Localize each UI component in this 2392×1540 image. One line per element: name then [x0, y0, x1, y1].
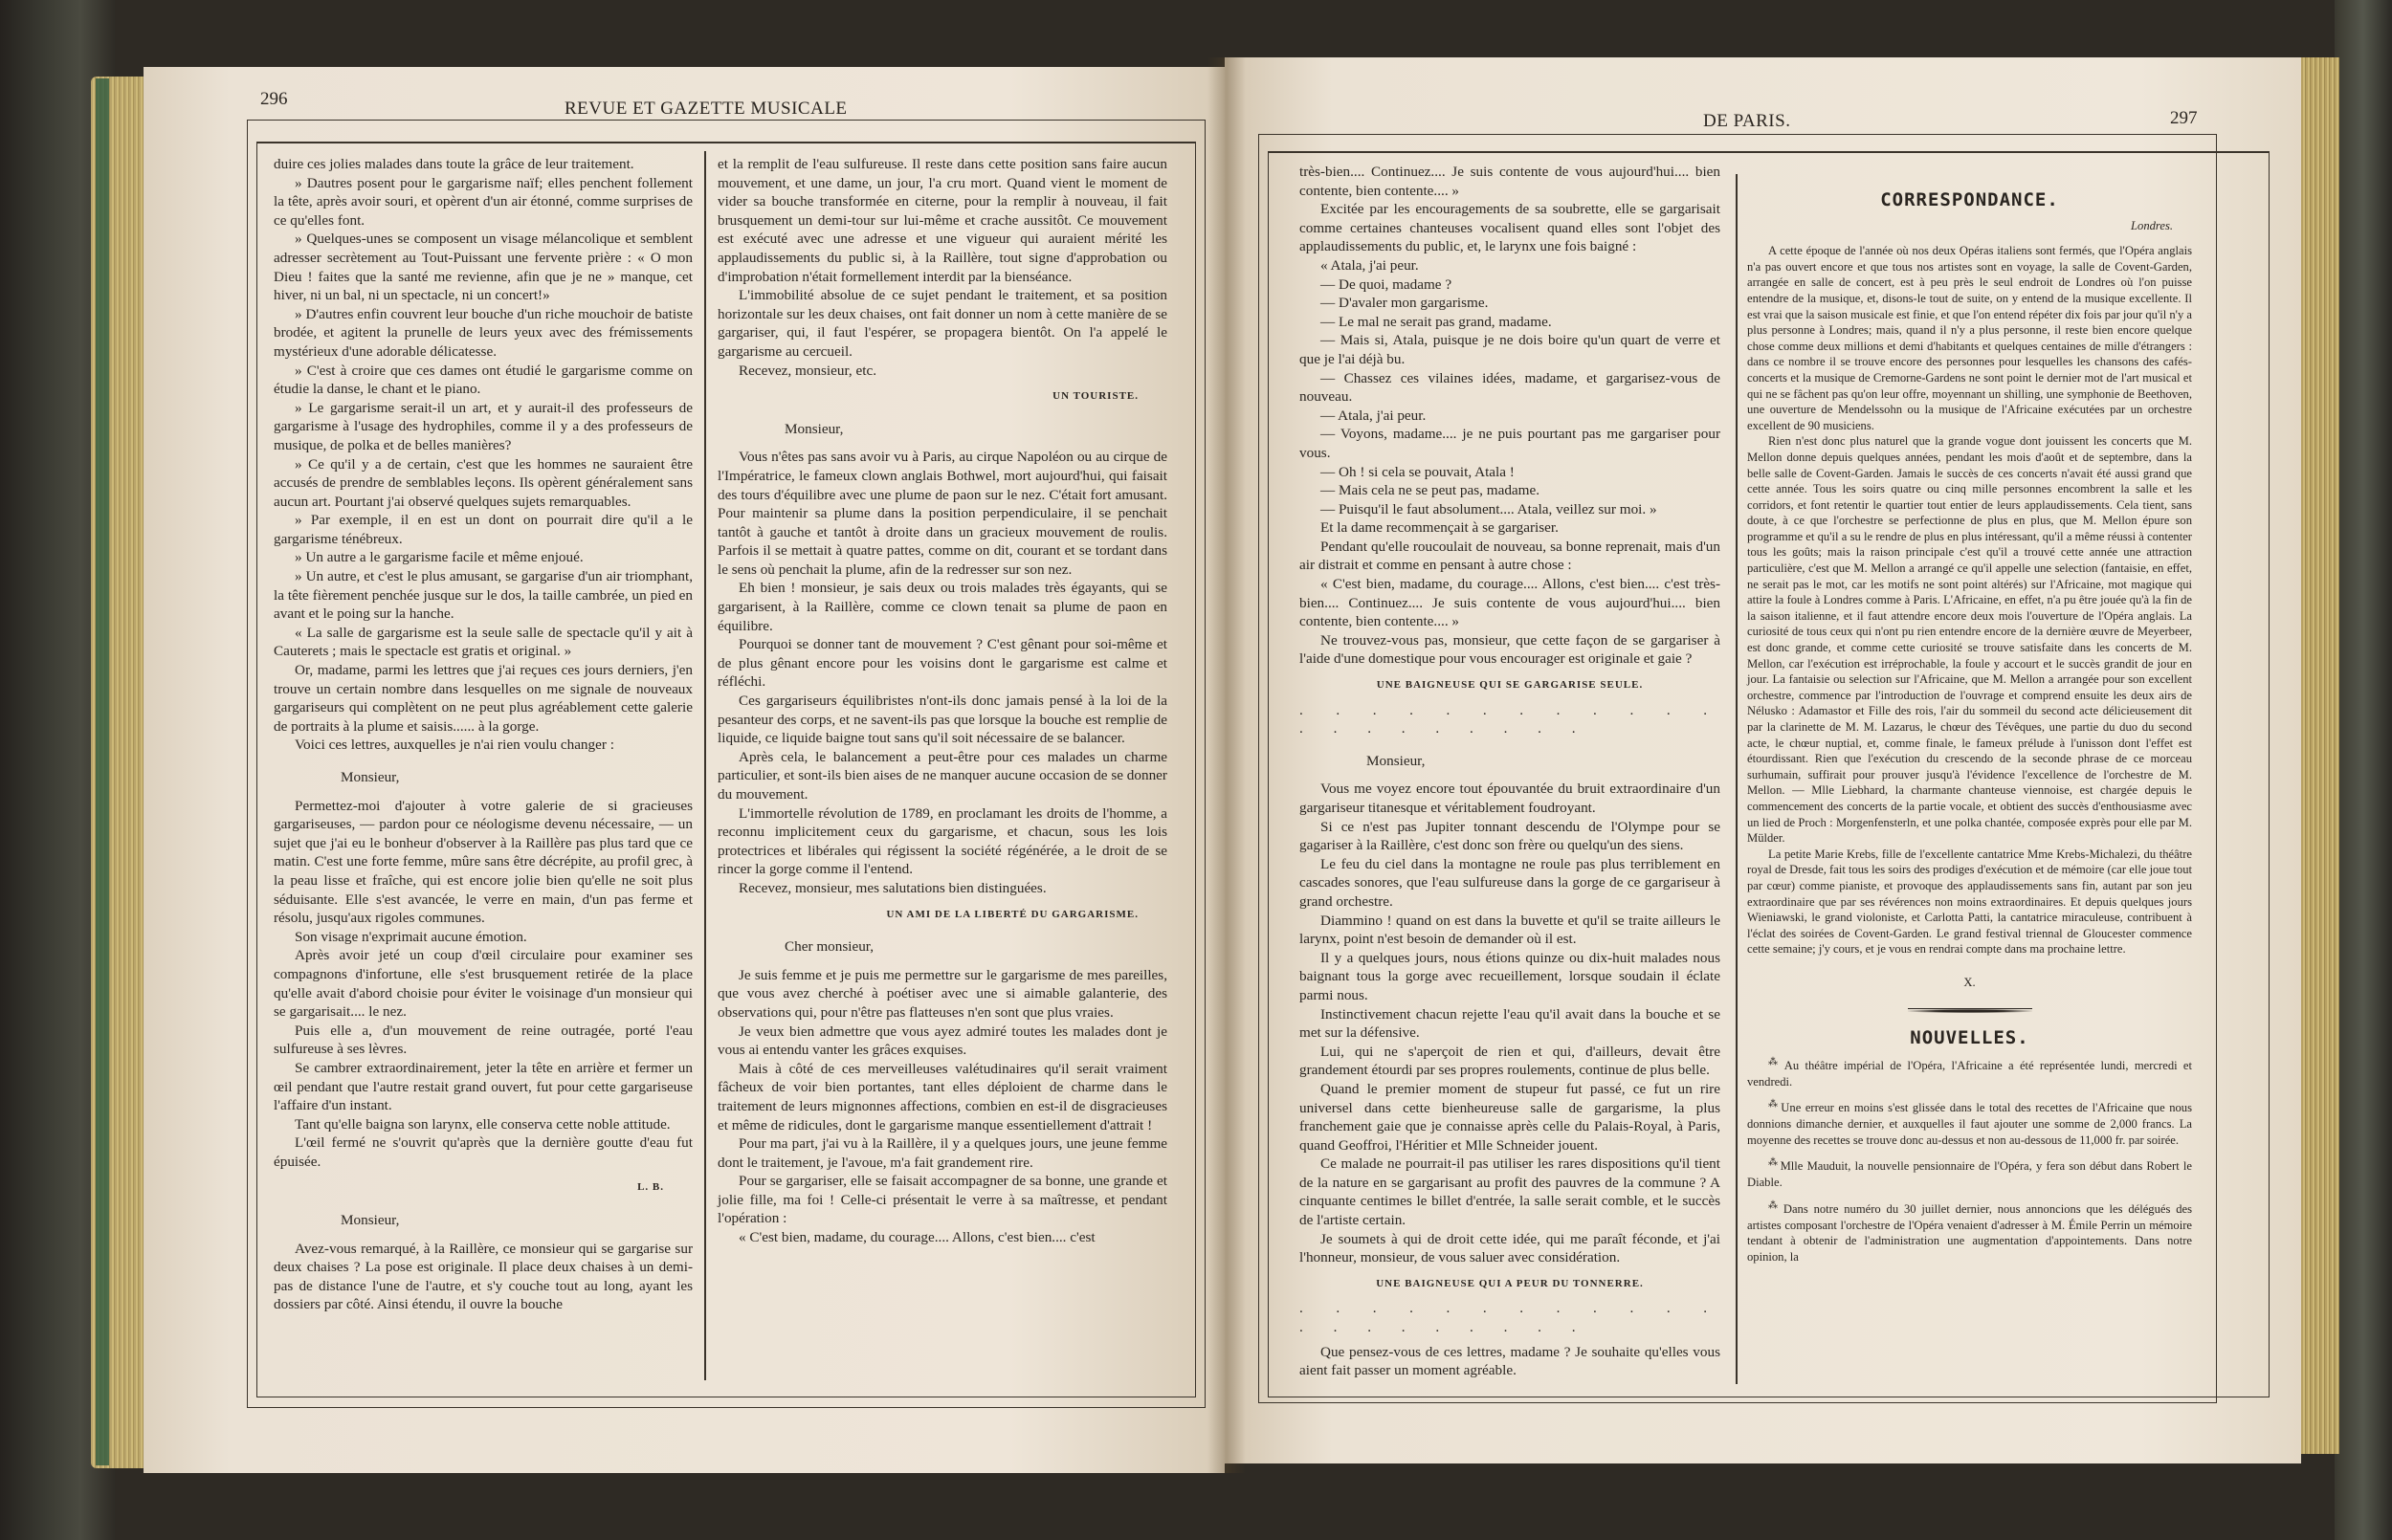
right-page-column-2: CORRESPONDANCE. Londres. A cette époque … — [1747, 187, 2192, 1272]
right-page-column-1: très-bien.... Continuez.... Je suis cont… — [1299, 163, 1720, 1380]
paragraph: très-bien.... Continuez.... Je suis cont… — [1299, 163, 1720, 200]
letter-salutation: Cher monsieur, — [718, 937, 1167, 957]
paragraph: — Atala, j'ai peur. — [1299, 407, 1720, 426]
paragraph: Puis elle a, d'un mouvement de reine out… — [274, 1022, 693, 1059]
correspondance-title: CORRESPONDANCE. — [1747, 192, 2192, 209]
book-cover-right — [2335, 0, 2392, 1540]
ellipsis-row: . . . . . . . . . . . . . . . . . . . . … — [1299, 1299, 1720, 1336]
book-gutter — [1207, 57, 1246, 1473]
paragraph: Ce malade ne pourrait-il pas utiliser le… — [1299, 1155, 1720, 1229]
paragraph: » Par exemple, il en est un dont on pour… — [274, 511, 693, 548]
paragraph: — Voyons, madame.... je ne puis pourtant… — [1299, 425, 1720, 462]
letter-signature: UN TOURISTE. — [718, 387, 1139, 407]
left-page-column-1: duire ces jolies malades dans toute la g… — [274, 155, 693, 1314]
paragraph: Après cela, le balancement a peut-être p… — [718, 748, 1167, 804]
column-rule-right — [1736, 174, 1738, 1384]
paragraph: » Quelques-unes se composent un visage m… — [274, 230, 693, 304]
paragraph: Pourquoi se donner tant de mouvement ? C… — [718, 635, 1167, 692]
paragraph: Et la dame recommençait à se gargariser. — [1299, 518, 1720, 538]
correspondance-body: A cette époque de l'année où nos deux Op… — [1747, 243, 2192, 957]
paragraph: Après avoir jeté un coup d'œil circulair… — [274, 946, 693, 1021]
letter-salutation: Monsieur, — [274, 1211, 693, 1230]
paragraph: Son visage n'exprimait aucune émotion. — [274, 928, 693, 947]
paragraph: La petite Marie Krebs, fille de l'excell… — [1747, 847, 2192, 957]
paragraph: » C'est à croire que ces dames ont étudi… — [274, 362, 693, 399]
news-item: ⁂ Au théâtre impérial de l'Opéra, l'Afri… — [1747, 1055, 2192, 1089]
paragraph: — Oh ! si cela se pouvait, Atala ! — [1299, 463, 1720, 482]
paragraph: Quand le premier moment de stupeur fut p… — [1299, 1080, 1720, 1155]
paragraph: Je soumets à qui de droit cette idée, qu… — [1299, 1230, 1720, 1267]
letter-salutation: Monsieur, — [718, 420, 1167, 439]
paragraph: — D'avaler mon gargarisme. — [1299, 294, 1720, 313]
paragraph: Il y a quelques jours, nous étions quinz… — [1299, 949, 1720, 1005]
paragraph: Pendant qu'elle roucoulait de nouveau, s… — [1299, 538, 1720, 575]
paragraph: Je veux bien admettre que vous ayez admi… — [718, 1023, 1167, 1060]
paragraph: « C'est bien, madame, du courage.... All… — [718, 1228, 1167, 1247]
paragraph: L'immortelle révolution de 1789, en proc… — [718, 804, 1167, 879]
paragraph: — Mais cela ne se peut pas, madame. — [1299, 481, 1720, 500]
paragraph: Excitée par les encouragements de sa sou… — [1299, 200, 1720, 256]
paragraph: Diammino ! quand on est dans la buvette … — [1299, 912, 1720, 949]
paragraph: Permettez-moi d'ajouter à votre galerie … — [274, 797, 693, 928]
paragraph: Lui, qui ne s'aperçoit de rien et qui, d… — [1299, 1043, 1720, 1080]
paragraph: » Dautres posent pour le gargarisme naïf… — [274, 174, 693, 231]
page-number-right: 297 — [2170, 108, 2198, 129]
running-head-left: REVUE ET GAZETTE MUSICALE — [565, 99, 848, 120]
paragraph: duire ces jolies malades dans toute la g… — [274, 155, 693, 174]
column-rule-left — [704, 151, 706, 1380]
paragraph: « Atala, j'ai peur. — [1299, 256, 1720, 275]
nouvelles-title: NOUVELLES. — [1747, 1030, 2192, 1046]
paragraph: « La salle de gargarisme est la seule sa… — [274, 624, 693, 661]
paragraph: » Le gargarisme serait-il un art, et y a… — [274, 399, 693, 455]
letter-signature: UNE BAIGNEUSE QUI SE GARGARISE SEULE. — [1299, 676, 1720, 695]
paragraph: — Chassez ces vilaines idées, madame, et… — [1299, 369, 1720, 407]
binding-strip — [96, 78, 109, 1465]
paragraph: « C'est bien, madame, du courage.... All… — [1299, 575, 1720, 631]
paragraph: Or, madame, parmi les lettres que j'ai r… — [274, 661, 693, 736]
paragraph: Instinctivement chacun rejette l'eau qu'… — [1299, 1005, 1720, 1043]
nouvelles-body: ⁂ Au théâtre impérial de l'Opéra, l'Afri… — [1747, 1055, 2192, 1265]
correspondance-signature: X. — [1747, 975, 2192, 991]
paragraph: Voici ces lettres, auxquelles je n'ai ri… — [274, 736, 693, 755]
running-head-right: DE PARIS. — [1703, 111, 1790, 132]
paragraph: Ne trouvez-vous pas, monsieur, que cette… — [1299, 631, 1720, 669]
paragraph: Avez-vous remarqué, à la Raillère, ce mo… — [274, 1240, 693, 1314]
letter-signature: L. B. — [274, 1178, 664, 1198]
ellipsis-row: . . . . . . . . . . . . . . . . . . . . … — [1299, 701, 1720, 738]
asterism-icon: ⁂ — [1768, 1099, 1781, 1110]
paragraph: Recevez, monsieur, etc. — [718, 362, 1167, 381]
paragraph: et la remplit de l'eau sulfureuse. Il re… — [718, 155, 1167, 286]
news-item: ⁂ Une erreur en moins s'est glissée dans… — [1747, 1097, 2192, 1148]
paragraph: — De quoi, madame ? — [1299, 275, 1720, 295]
paragraph: — Mais si, Atala, puisque je ne dois boi… — [1299, 331, 1720, 368]
paragraph: Recevez, monsieur, mes salutations bien … — [718, 879, 1167, 898]
paragraph: Ces gargariseurs équilibristes n'ont-ils… — [718, 692, 1167, 748]
section-divider — [1908, 1008, 2032, 1013]
asterism-icon: ⁂ — [1768, 1057, 1784, 1067]
page-edges-right — [2296, 57, 2339, 1454]
paragraph: Rien n'est donc plus naturel que la gran… — [1747, 433, 2192, 846]
paragraph: A cette époque de l'année où nos deux Op… — [1747, 243, 2192, 433]
correspondance-location: Londres. — [1747, 218, 2173, 234]
paragraph: L'œil fermé ne s'ouvrit qu'après que la … — [274, 1133, 693, 1171]
asterism-icon: ⁂ — [1768, 1157, 1781, 1168]
paragraph: L'immobilité absolue de ce sujet pendant… — [718, 286, 1167, 361]
paragraph: Mais à côté de ces merveilleuses valétud… — [718, 1060, 1167, 1134]
letter-salutation: Monsieur, — [1299, 752, 1720, 771]
paragraph: Pour se gargariser, elle se faisait acco… — [718, 1172, 1167, 1228]
news-item: ⁂ Dans notre numéro du 30 juillet dernie… — [1747, 1199, 2192, 1265]
page-number-left: 296 — [260, 89, 288, 110]
paragraph: Que pensez-vous de ces lettres, madame ?… — [1299, 1343, 1720, 1380]
letter-signature: UNE BAIGNEUSE QUI A PEUR DU TONNERRE. — [1299, 1275, 1720, 1294]
paragraph: » Un autre a le gargarisme facile et mêm… — [274, 548, 693, 567]
paragraph: Vous n'êtes pas sans avoir vu à Paris, a… — [718, 448, 1167, 579]
paragraph: Eh bien ! monsieur, je sais deux ou troi… — [718, 579, 1167, 635]
paragraph: » Un autre, et c'est le plus amusant, se… — [274, 567, 693, 624]
paragraph: » D'autres enfin couvrent leur bouche d'… — [274, 305, 693, 362]
paragraph: Si ce n'est pas Jupiter tonnant descendu… — [1299, 818, 1720, 855]
letter-salutation: Monsieur, — [274, 768, 693, 787]
asterism-icon: ⁂ — [1768, 1200, 1783, 1211]
paragraph: — Puisqu'il le faut absolument.... Atala… — [1299, 500, 1720, 519]
paragraph: » Ce qu'il y a de certain, c'est que les… — [274, 455, 693, 512]
paragraph: Le feu du ciel dans la montagne ne roule… — [1299, 855, 1720, 912]
paragraph: Pour ma part, j'ai vu à la Raillère, il … — [718, 1134, 1167, 1172]
paragraph: Je suis femme et je puis me permettre su… — [718, 966, 1167, 1023]
left-page-column-2: et la remplit de l'eau sulfureuse. Il re… — [718, 155, 1167, 1247]
news-item: ⁂ Mlle Mauduit, la nouvelle pensionnaire… — [1747, 1155, 2192, 1190]
paragraph: Se cambrer extraordinairement, jeter la … — [274, 1059, 693, 1115]
paragraph: — Le mal ne serait pas grand, madame. — [1299, 313, 1720, 332]
letter-signature: UN AMI DE LA LIBERTÉ DU GARGARISME. — [718, 906, 1139, 925]
paragraph: Vous me voyez encore tout épouvantée du … — [1299, 780, 1720, 817]
paragraph: Tant qu'elle baigna son larynx, elle con… — [274, 1115, 693, 1134]
